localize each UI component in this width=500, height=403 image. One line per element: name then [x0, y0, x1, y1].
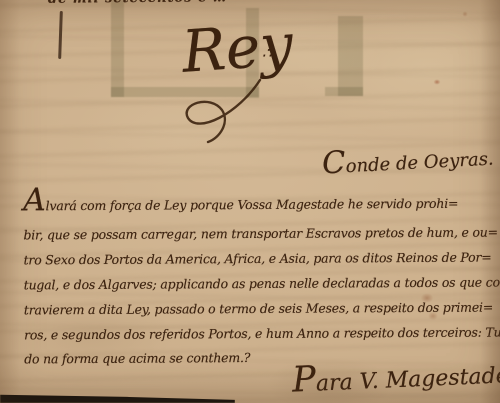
backing-tape-band: [111, 87, 259, 97]
body-line-1: Alvará com força de Ley porque Vossa Mag…: [23, 196, 458, 214]
closing-para-v-magestade-ver: Para V. Magestade ver: [291, 348, 500, 400]
heading-dots: ∴: [262, 44, 273, 62]
backing-tape-band: [325, 87, 363, 96]
body-line-7: do na forma que acima se conthem.?: [24, 350, 250, 366]
scan-edge-shadow: [0, 392, 235, 403]
heading-rey: Rey: [180, 10, 295, 86]
marginal-note-conde-de-oeyras: Conde de Oeyras.: [321, 138, 494, 182]
body-line-3: tro Sexo dos Portos da America, Africa, …: [24, 250, 492, 268]
body-line-5: travierem a dita Ley, passado o termo de…: [24, 300, 493, 318]
body-line-4: tugal, e dos Algarves; applicando as pen…: [24, 274, 500, 292]
ink-mark: [58, 11, 63, 59]
manuscript-page: de mil setecentos e … Rey ∴ Conde de Oey…: [0, 0, 500, 403]
backing-tape-band: [338, 16, 363, 96]
top-partial-line: de mil setecentos e …: [48, 0, 227, 7]
backing-tape-band: [111, 0, 124, 97]
body-line-2: bir, que se possam carregar, nem transpo…: [23, 224, 498, 242]
body-line-6: ros, e segundos dos referidos Portos, e …: [24, 324, 500, 342]
